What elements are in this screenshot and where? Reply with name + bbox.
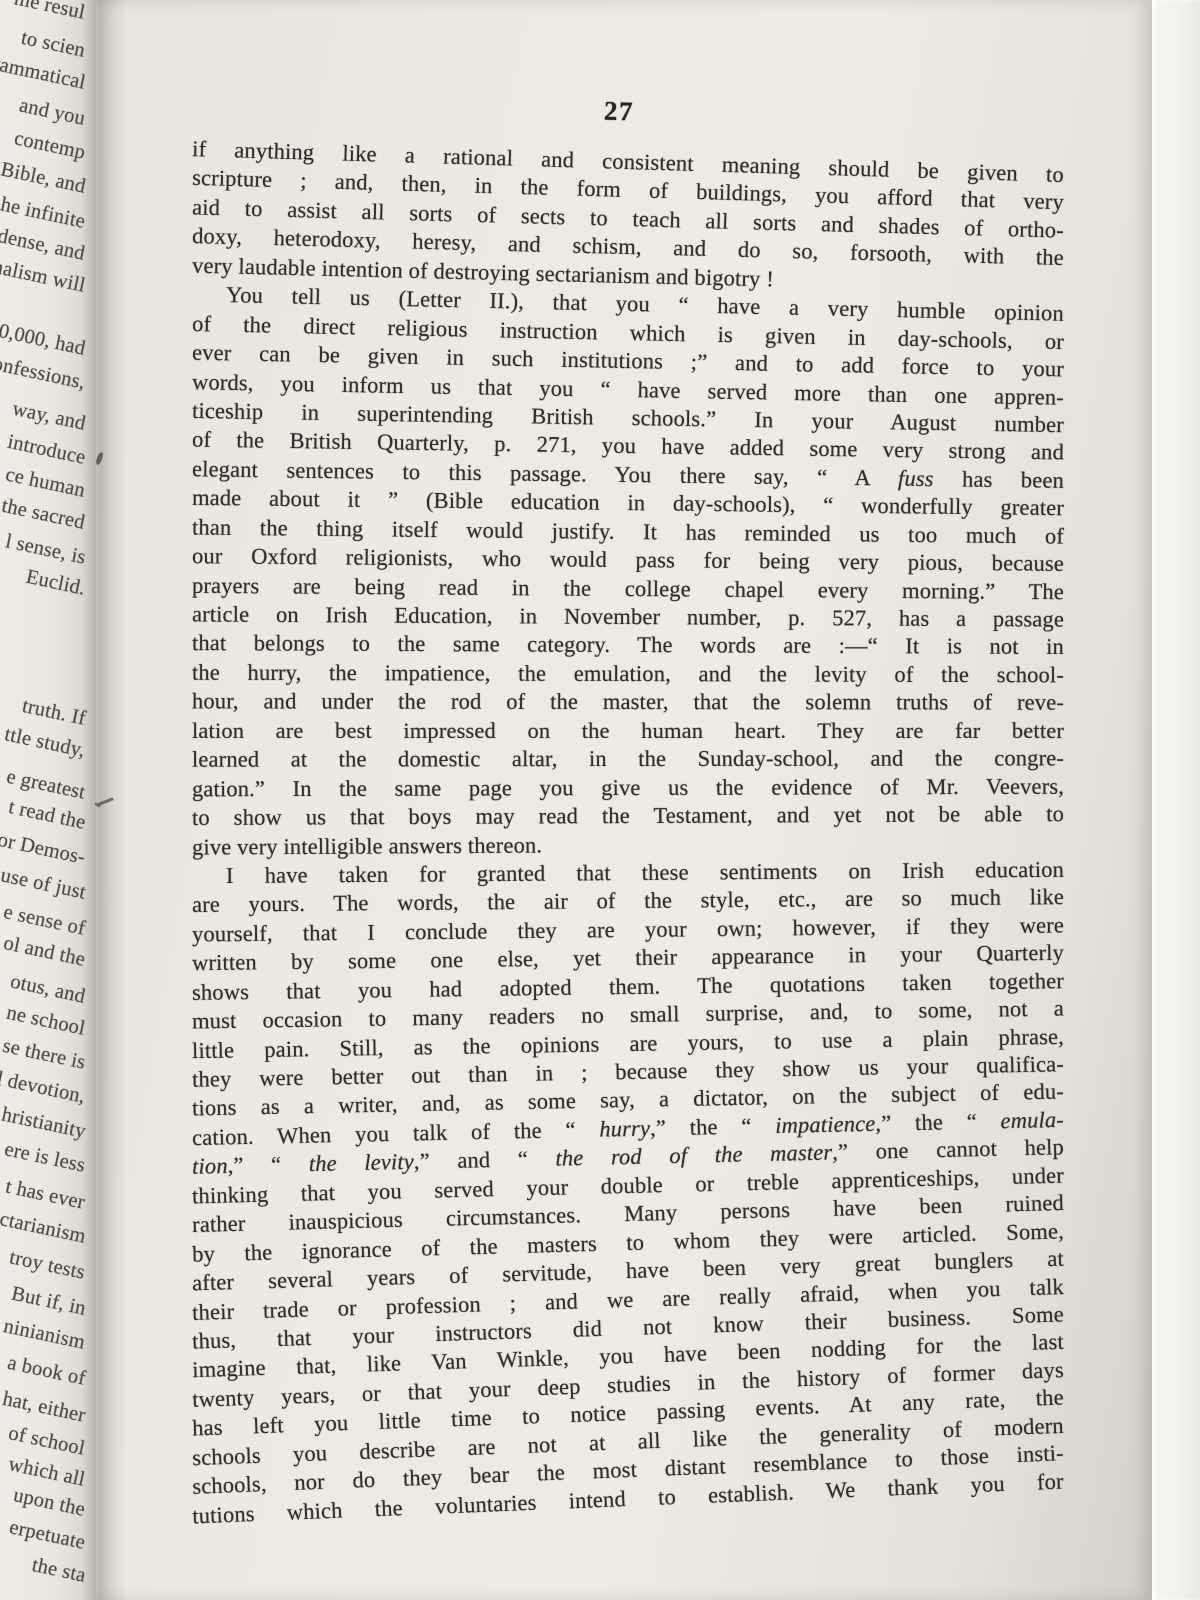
text-line: hour, and under the rod of the master, t… (192, 688, 1064, 718)
left-page-text-fragment: ne school (5, 1002, 88, 1041)
text-line: that belongs to the same category. The w… (192, 630, 1064, 662)
left-page-text-fragment: truth. If (20, 695, 88, 731)
left-page-text-fragment: erpetuate (7, 1516, 87, 1554)
text-line: gation.” In the same page you give us th… (192, 772, 1064, 803)
left-page-text-fragment: use of just (0, 864, 87, 904)
left-page-text-fragment: or Demos- (0, 829, 87, 870)
book-page-photo: me resulto scienrammaticaland youcontemp… (0, 0, 1200, 1600)
text-line: to show us that boys may read the Testam… (192, 800, 1064, 832)
gutter-fold-shadow (82, 0, 126, 1600)
page-number: 27 (564, 94, 675, 128)
left-page-text-fragment: me resul (13, 0, 88, 25)
main-page: 27 if anything like a rational and consi… (96, 0, 1152, 1600)
left-page-text-fragment: ctarianism (0, 1208, 87, 1249)
left-page-text-fragment: But if, in (9, 1283, 88, 1321)
left-page-text-fragment: way, and (10, 398, 87, 436)
left-page-text-fragment: l devotion, (0, 1068, 87, 1109)
left-page-text-fragment: troy tests (8, 1246, 88, 1284)
left-page-text-fragment: otus, and (8, 970, 87, 1008)
page-text: if anything like a rational and consiste… (192, 148, 1064, 1513)
left-page-text-fragment: Bible, and (0, 158, 87, 198)
left-page-text-fragment: the sta (29, 1554, 87, 1588)
left-page-text-fragment: ninianism (2, 1315, 88, 1355)
left-page-text-fragment: introduce (5, 431, 87, 470)
text-line: lation are best impressed on the human h… (192, 717, 1064, 745)
text-line: learned at the domestic altar, in the Su… (192, 745, 1064, 775)
left-page-text-fragment: a book of (5, 1352, 87, 1391)
left-page-text-fragment: contemp (12, 127, 87, 164)
left-page-text-fragment: hristianity (0, 1104, 87, 1144)
text-line: the hurry, the impatience, the emulation… (192, 659, 1064, 690)
left-page-text-fragment: l sense, is (3, 530, 87, 569)
book-fore-edge (1152, 0, 1200, 1600)
left-page-text-fragment: to scien (19, 27, 87, 63)
left-page-text-fragment: Euclid. (24, 566, 88, 601)
left-page-text-fragment: t has ever (4, 1176, 88, 1215)
left-page-text-fragment: and you (17, 94, 87, 130)
left-page-text-fragment: ere is less (2, 1138, 87, 1178)
left-page-text-fragment: 0,000, had (0, 320, 87, 361)
left-page-text-fragment: se there is (0, 1035, 87, 1075)
